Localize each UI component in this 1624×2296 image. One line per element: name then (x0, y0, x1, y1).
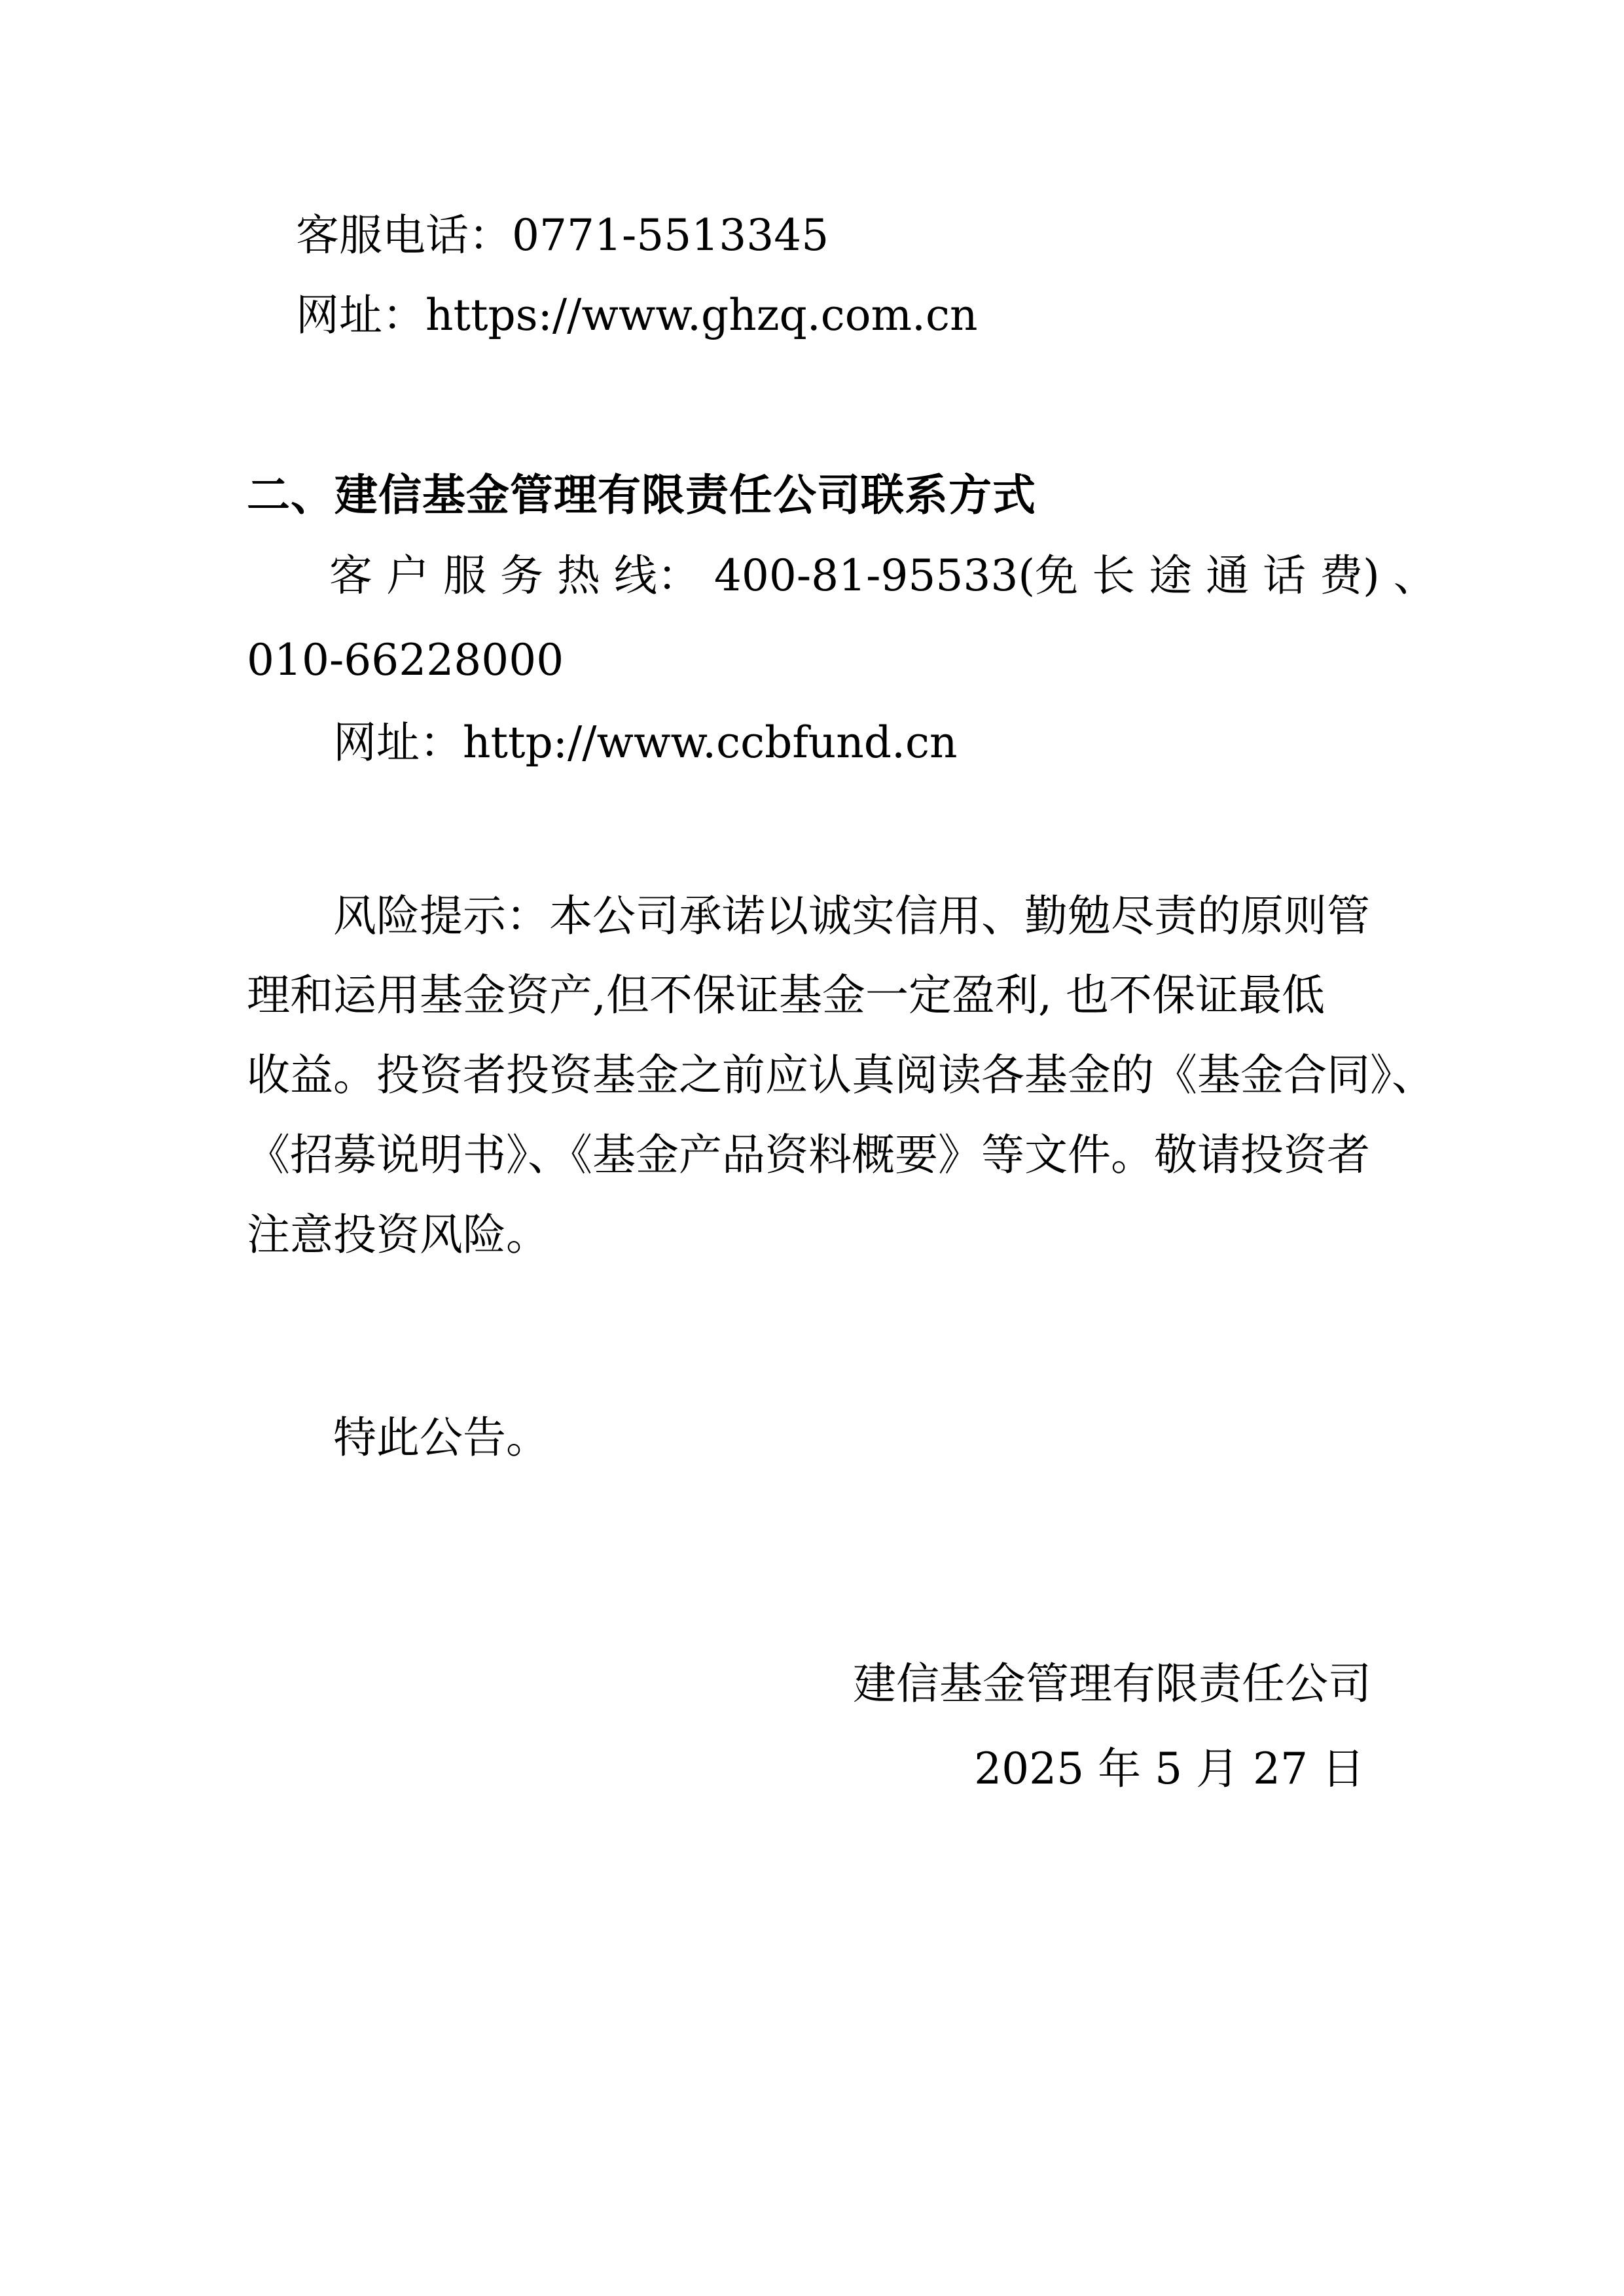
manager-website: 网址：http://www.ccbfund.cn (333, 720, 957, 765)
sales-org-service-phone: 客服电话：0771-5513345 (296, 213, 829, 258)
risk-notice-line3: 收益。投资者投资基金之前应认真阅读各基金的《基金合同》、 (247, 1052, 1435, 1098)
announcement-page: 客服电话：0771-5513345 网址：https://www.ghzq.co… (0, 0, 1624, 2296)
sales-org-website: 网址：https://www.ghzq.com.cn (296, 293, 978, 338)
manager-hotline-line1: 客 户 服 务 热 线： 400-81-95533(免 长 途 通 话 费) 、 (329, 553, 1437, 598)
signature-company-name: 建信基金管理有限责任公司 (853, 1661, 1371, 1706)
risk-notice-line4: 《招募说明书》、《基金产品资料概要》等文件。敬请投资者 (247, 1132, 1370, 1177)
risk-notice-line2: 理和运用基金资产,但不保证基金一定盈利, 也不保证最低 (247, 973, 1325, 1018)
risk-notice-line5: 注意投资风险。 (247, 1212, 549, 1257)
risk-notice-line1: 风险提示：本公司承诺以诚实信用、勤勉尽责的原则管 (333, 893, 1370, 939)
manager-hotline-line2: 010-66228000 (247, 637, 564, 683)
closing-statement: 特此公告。 (333, 1415, 549, 1460)
signature-date: 2025 年 5 月 27 日 (974, 1746, 1365, 1791)
section-two-heading: 二、建信基金管理有限责任公司联系方式 (247, 473, 1036, 518)
